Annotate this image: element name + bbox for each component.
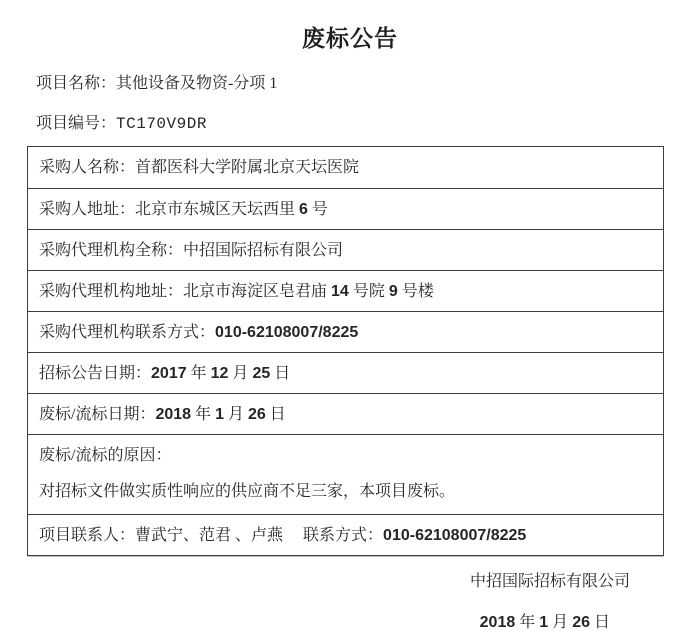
text-segment: 1 [215, 406, 224, 423]
table-row-tender-announce-date: 招标公告日期：2017 年 12 月 25 日 [28, 352, 663, 393]
text-segment: 采购人地址：北京市东城区天坛西里 [39, 201, 299, 218]
text-segment: 2017 [151, 365, 187, 382]
text-segment: 26 [248, 406, 266, 423]
text-segment: 项目名称：其他设备及物资-分项 1 [36, 75, 277, 92]
table-row-purchaser-address: 采购人地址：北京市东城区天坛西里 6 号 [28, 188, 663, 229]
table-cell-line: 采购代理机构全称：中招国际招标有限公司 [39, 241, 343, 260]
text-segment: 联系方式： [303, 527, 383, 544]
table-row-purchaser-name: 采购人名称：首都医科大学附属北京天坛医院 [28, 147, 663, 188]
table-cell-line: 采购代理机构地址：北京市海淀区皂君庙 14 号院 9 号楼 [39, 282, 434, 301]
text-segment: TC170V9DR [116, 115, 207, 133]
table-cell-line: 废标/流标的原因： [39, 446, 171, 465]
text-segment: 25 [252, 365, 270, 382]
table-cell-line: 招标公告日期：2017 年 12 月 25 日 [39, 364, 290, 383]
text-segment: 号楼 [398, 283, 434, 300]
text-segment: 月 [224, 406, 248, 423]
text-segment: 招标公告日期： [39, 365, 151, 382]
announcement-page: 废标公告 项目名称：其他设备及物资-分项 1 项目编号：TC170V9DR 采购… [0, 0, 700, 631]
text-segment: 号院 [349, 283, 389, 300]
text-segment: 采购人名称：首都医科大学附属北京天坛医院 [39, 159, 359, 176]
text-segment: 号 [308, 201, 328, 218]
text-segment: 12 [211, 365, 229, 382]
text-segment: 日 [590, 614, 610, 631]
page-title: 废标公告 [0, 0, 700, 50]
text-segment: 采购代理机构联系方式： [39, 324, 215, 341]
text-segment: 月 [228, 365, 252, 382]
text-segment [283, 527, 303, 544]
table-row-project-contacts: 项目联系人：曹武宁、范君 、卢燕 联系方式：010-62108007/8225 [28, 514, 663, 555]
text-segment: 年 [515, 614, 539, 631]
text-segment: 010-62108007/8225 [215, 324, 358, 341]
text-segment: 采购代理机构地址：北京市海淀区皂君庙 [39, 283, 331, 300]
table-cell-line: 采购代理机构联系方式：010-62108007/8225 [39, 323, 358, 342]
text-segment: 中招国际招标有限公司 [470, 573, 630, 590]
text-segment: 日 [266, 406, 286, 423]
table-row-cancellation-date: 废标/流标日期：2018 年 1 月 26 日 [28, 393, 663, 434]
text-segment: 项目编号： [36, 115, 116, 132]
table-row-cancellation-reason: 废标/流标的原因：对招标文件做实质性响应的供应商不足三家，本项目废标。 [28, 434, 663, 514]
text-segment: 月 [548, 614, 572, 631]
project-name-line: 项目名称：其他设备及物资-分项 1 [36, 74, 700, 93]
text-segment: 年 [187, 365, 211, 382]
text-segment: 日 [270, 365, 290, 382]
info-table: 采购人名称：首都医科大学附属北京天坛医院采购人地址：北京市东城区天坛西里 6 号… [27, 146, 664, 556]
text-segment: 对招标文件做实质性响应的供应商不足三家，本项目废标。 [39, 483, 455, 500]
text-segment: 26 [572, 614, 590, 631]
text-segment: 1 [539, 614, 548, 631]
footer-date: 2018 年 1 月 26 日 [0, 613, 700, 631]
text-segment: 废标/流标日期： [39, 406, 155, 423]
footer-company-name: 中招国际招标有限公司 [0, 572, 700, 591]
table-cell-line: 对招标文件做实质性响应的供应商不足三家，本项目废标。 [39, 482, 455, 501]
text-segment: 6 [299, 201, 308, 218]
table-cell-line: 采购人名称：首都医科大学附属北京天坛医院 [39, 158, 359, 177]
text-segment: 2018 [155, 406, 191, 423]
text-segment: 采购代理机构全称：中招国际招标有限公司 [39, 242, 343, 259]
text-segment: 010-62108007/8225 [383, 527, 526, 544]
table-cell-line: 项目联系人：曹武宁、范君 、卢燕 联系方式：010-62108007/8225 [39, 526, 526, 545]
text-segment: 14 [331, 283, 349, 300]
text-segment: 年 [191, 406, 215, 423]
text-segment: 2018 [480, 614, 516, 631]
text-segment: 废标/流标的原因： [39, 447, 171, 464]
table-row-agency-name: 采购代理机构全称：中招国际招标有限公司 [28, 229, 663, 270]
table-cell-line: 采购人地址：北京市东城区天坛西里 6 号 [39, 200, 328, 219]
text-segment: 9 [389, 283, 398, 300]
table-row-agency-contact: 采购代理机构联系方式：010-62108007/8225 [28, 311, 663, 352]
text-segment: 项目联系人：曹武宁、范君 、卢燕 [39, 527, 283, 544]
project-code-line: 项目编号：TC170V9DR [36, 114, 700, 134]
table-cell-line: 废标/流标日期：2018 年 1 月 26 日 [39, 405, 286, 424]
table-row-agency-address: 采购代理机构地址：北京市海淀区皂君庙 14 号院 9 号楼 [28, 270, 663, 311]
